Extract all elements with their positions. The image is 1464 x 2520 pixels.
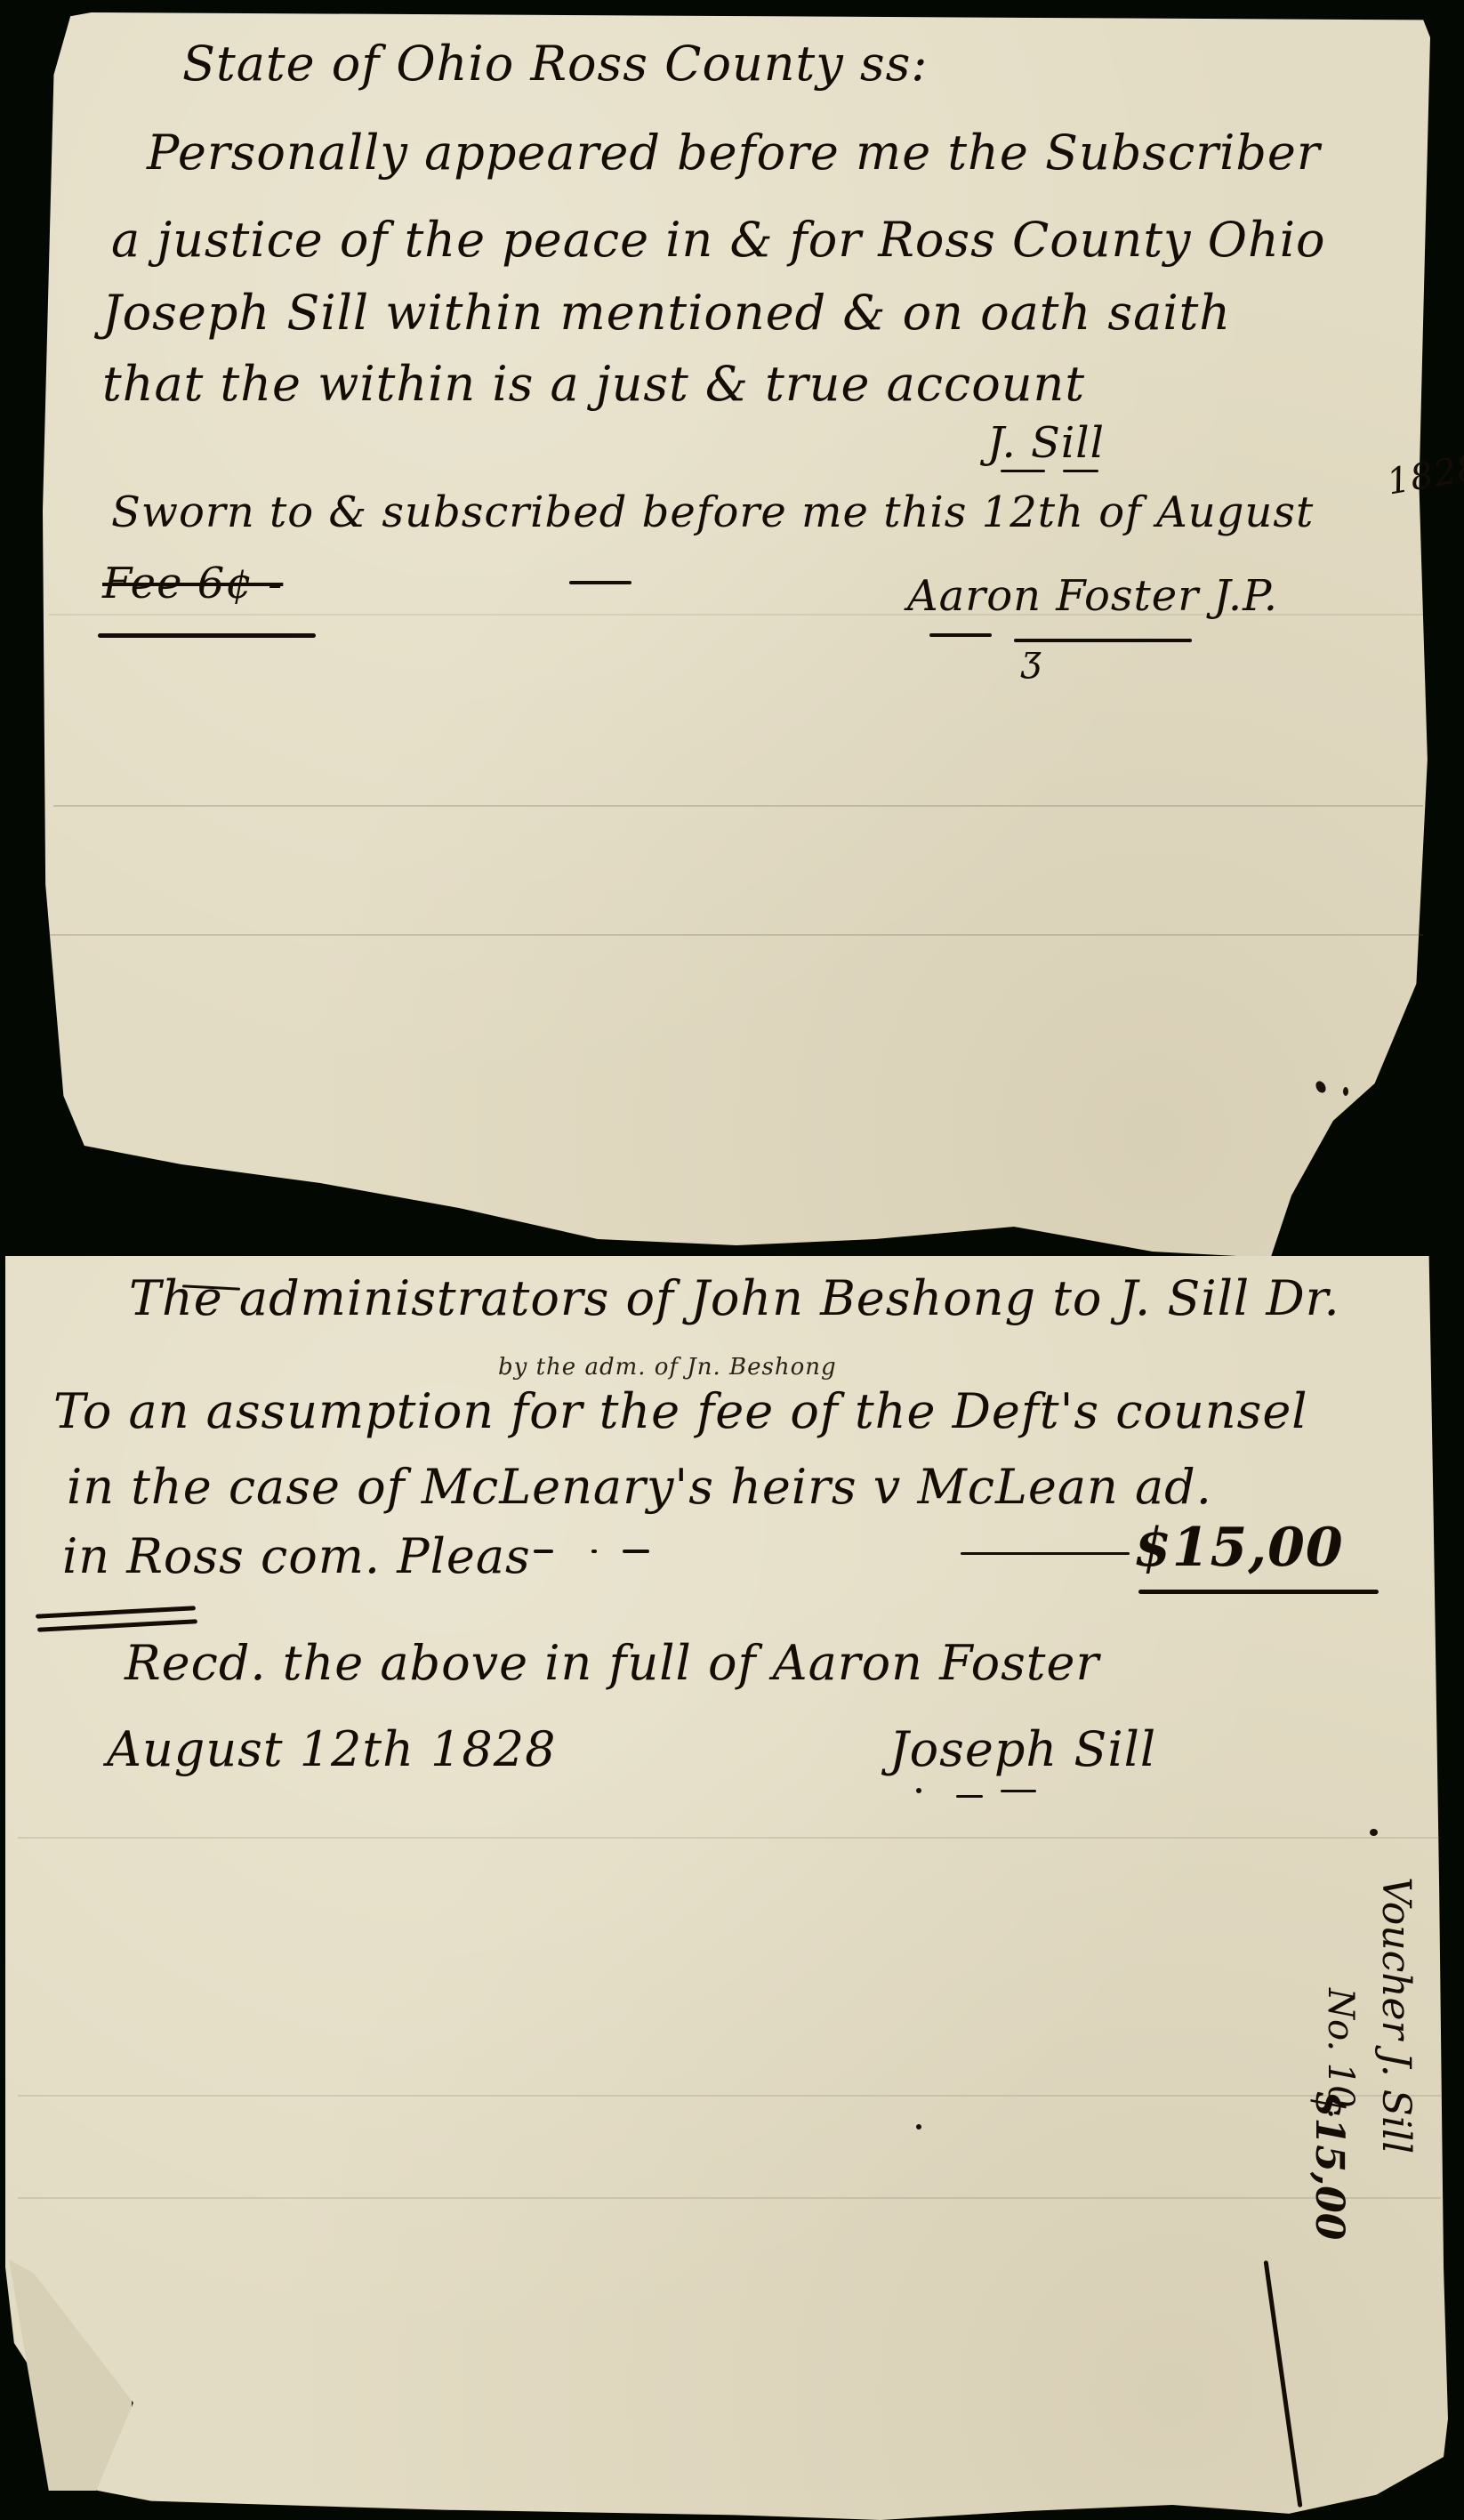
- interlinear-note: by the adm. of Jn. Beshong: [498, 1354, 837, 1381]
- affiant-signature: J. Sill: [987, 418, 1105, 468]
- paper-fold-line: [53, 805, 1423, 807]
- dash-rule: [623, 1550, 649, 1553]
- fee-underline: [98, 633, 316, 638]
- docket-amount: $15,00: [1307, 2090, 1352, 2240]
- paper-fold-line: [49, 934, 1423, 936]
- signature-underline: [1001, 1790, 1036, 1792]
- account-slip: [5, 1256, 1464, 2520]
- leader-rule: [961, 1552, 1130, 1555]
- fee-note: Fee 6¢ -: [102, 559, 283, 608]
- flourish-mark: ʒ: [1021, 639, 1042, 680]
- affidavit-line-4: that the within is a just & true account: [102, 356, 1085, 412]
- receipt-date: August 12th 1828: [107, 1721, 556, 1777]
- affidavit-heading: State of Ohio Ross County ss:: [182, 36, 929, 92]
- signature-underline: [1001, 470, 1045, 472]
- amount-total: $15,00: [1134, 1517, 1344, 1579]
- account-line-1: To an assumption for the fee of the Deft…: [53, 1383, 1308, 1439]
- ink-spot: [916, 2124, 921, 2130]
- ink-spot: [1343, 1087, 1348, 1096]
- docket-voucher-label: Voucher J. Sill: [1373, 1877, 1419, 2154]
- ink-spot: [916, 1788, 921, 1793]
- signature-underline: [1063, 470, 1098, 472]
- jurat-line: Sworn to & subscribed before me this 12t…: [111, 487, 1314, 537]
- account-line-3: in Ross com. Pleas: [62, 1528, 531, 1584]
- justice-signature: Aaron Foster J.P.: [907, 571, 1278, 621]
- affidavit-line-1: Personally appeared before me the Subscr…: [147, 125, 1321, 181]
- paper-fold-line: [18, 2197, 1441, 2199]
- dash-rule: [569, 581, 631, 584]
- amount-underline: [1138, 1590, 1379, 1594]
- signature-underline: [929, 633, 992, 637]
- paper-fold-line: [18, 2095, 1441, 2097]
- ink-spot: [1370, 1829, 1378, 1836]
- affidavit-line-3: Joseph Sill within mentioned & on oath s…: [102, 285, 1231, 341]
- paper-fold-line: [18, 1837, 1441, 1839]
- receipt-line: Recd. the above in full of Aaron Foster: [125, 1635, 1099, 1691]
- receipt-signature: Joseph Sill: [889, 1721, 1156, 1777]
- dash-rule: [591, 1550, 597, 1553]
- signature-underline: [956, 1795, 983, 1798]
- account-heading: The administrators of John Beshong to J.…: [129, 1270, 1340, 1326]
- dash-rule: [534, 1550, 553, 1553]
- account-line-2: in the case of McLenary's heirs v McLean…: [67, 1459, 1212, 1515]
- affidavit-line-2: a justice of the peace in & for Ross Cou…: [111, 212, 1326, 268]
